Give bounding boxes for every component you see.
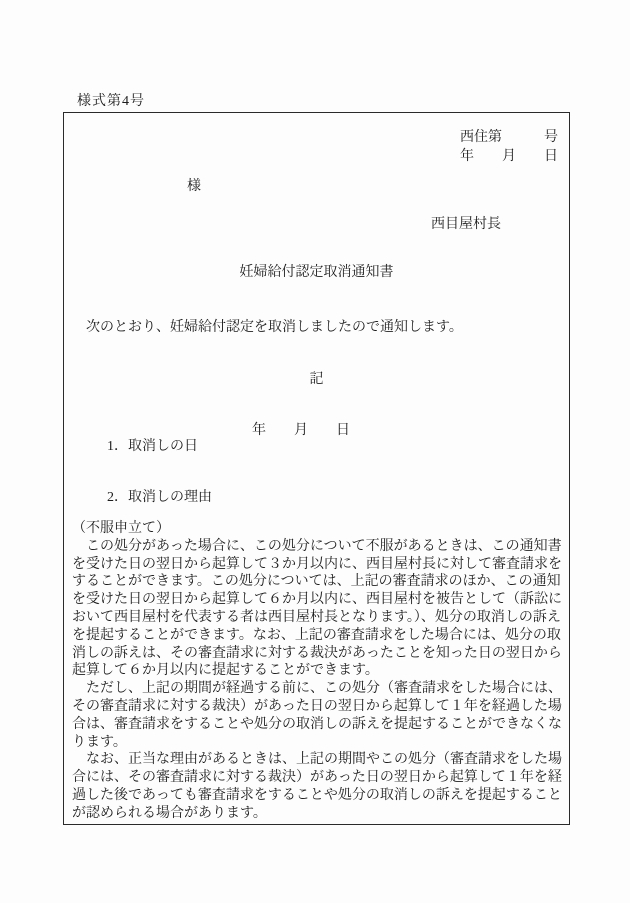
cancellation-reason-label: 2．取消しの理由 — [107, 490, 212, 505]
cancellation-date-value: 年 月 日 — [252, 419, 350, 439]
document-number-block: 西住第 号 年 月 日 — [460, 128, 558, 166]
document-title: 妊婦給付認定取消通知書 — [64, 261, 569, 281]
document-border-box: 西住第 号 年 月 日 様 西目屋村長 妊婦給付認定取消通知書 次のとおり、妊婦… — [63, 112, 570, 825]
form-number-label: 様式第4号 — [77, 90, 145, 110]
cancellation-reason-item: 2．取消しの理由 — [72, 470, 563, 522]
record-marker: 記 — [64, 368, 569, 388]
document-date-line: 年 月 日 — [460, 147, 558, 166]
sender-title: 西目屋村長 — [431, 213, 501, 233]
document-page: 様式第4号 西住第 号 年 月 日 様 西目屋村長 妊婦給付認定取消通知書 次の… — [0, 0, 630, 903]
cancellation-date-label: 1．取消しの日 — [107, 439, 198, 454]
appeal-notice: （不服申立て） この処分があった場合に、この処分について不服があるときは、この通… — [72, 520, 566, 823]
addressee-honorific: 様 — [187, 175, 201, 195]
intro-text: 次のとおり、妊婦給付認定を取消しましたので通知します。 — [72, 316, 463, 336]
document-number-line: 西住第 号 — [460, 128, 558, 147]
